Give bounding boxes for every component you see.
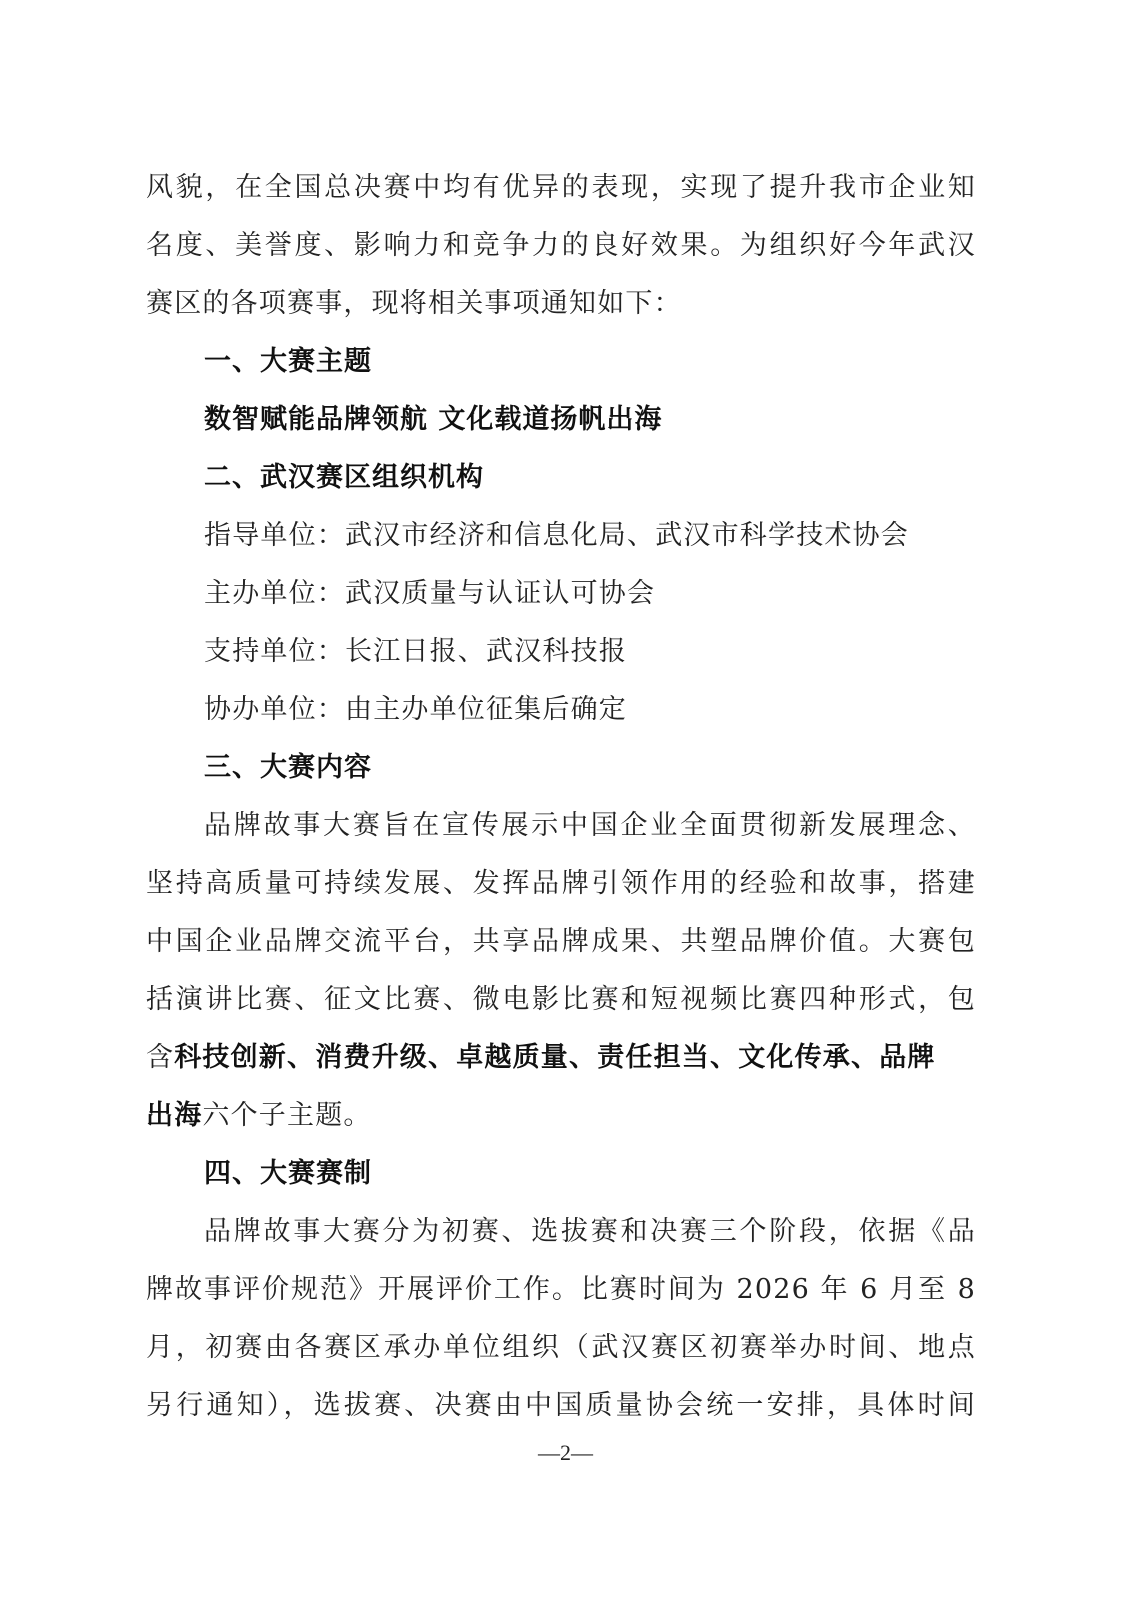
intro-line-1: 风貌，在全国总决赛中均有优异的表现，实现了提升我市企业知 — [146, 170, 976, 206]
org-host-unit: 主办单位：武汉质量与认证认可协会 — [204, 576, 976, 612]
content-line-2: 坚持高质量可持续发展、发挥品牌引领作用的经验和故事，搭建 — [146, 866, 976, 902]
sub-themes-bold: 科技创新、消费升级、卓越质量、责任担当、文化传承、品牌 — [174, 1042, 935, 1073]
content-line-5: 含科技创新、消费升级、卓越质量、责任担当、文化传承、品牌 — [146, 1040, 976, 1076]
intro-line-3: 赛区的各项赛事，现将相关事项通知如下： — [146, 286, 976, 322]
document-page: 风貌，在全国总决赛中均有优异的表现，实现了提升我市企业知 名度、美誉度、影响力和… — [0, 0, 1131, 1600]
content-line-5-prefix: 含 — [146, 1042, 174, 1073]
content-line-1: 品牌故事大赛旨在宣传展示中国企业全面贯彻新发展理念、 — [204, 808, 976, 844]
org-support-unit: 支持单位：长江日报、武汉科技报 — [204, 634, 976, 670]
format-line-2: 牌故事评价规范》开展评价工作。比赛时间为 2026 年 6 月至 8 — [146, 1272, 976, 1308]
content-line-4: 括演讲比赛、征文比赛、微电影比赛和短视频比赛四种形式，包 — [146, 982, 976, 1018]
content-line-3: 中国企业品牌交流平台，共享品牌成果、共塑品牌价值。大赛包 — [146, 924, 976, 960]
sub-themes-bold-end: 出海 — [146, 1100, 202, 1131]
org-co-organizer: 协办单位：由主办单位征集后确定 — [204, 692, 976, 728]
content-line-6-rest: 六个子主题。 — [202, 1100, 371, 1131]
section-heading-format: 四、大赛赛制 — [204, 1156, 976, 1192]
section-heading-content: 三、大赛内容 — [204, 750, 976, 786]
format-line-4: 另行通知），选拔赛、决赛由中国质量协会统一安排，具体时间 — [146, 1388, 976, 1424]
intro-line-2: 名度、美誉度、影响力和竞争力的良好效果。为组织好今年武汉 — [146, 228, 976, 264]
page-number: —2— — [0, 1440, 1131, 1466]
org-guiding-unit: 指导单位：武汉市经济和信息化局、武汉市科学技术协会 — [204, 518, 976, 554]
content-line-6: 出海六个子主题。 — [146, 1098, 976, 1134]
format-line-3: 月，初赛由各赛区承办单位组织（武汉赛区初赛举办时间、地点 — [146, 1330, 976, 1366]
contest-theme: 数智赋能品牌领航 文化载道扬帆出海 — [204, 402, 976, 438]
section-heading-theme: 一、大赛主题 — [204, 344, 976, 380]
section-heading-organization: 二、武汉赛区组织机构 — [204, 460, 976, 496]
format-line-1: 品牌故事大赛分为初赛、选拔赛和决赛三个阶段，依据《品 — [204, 1214, 976, 1250]
